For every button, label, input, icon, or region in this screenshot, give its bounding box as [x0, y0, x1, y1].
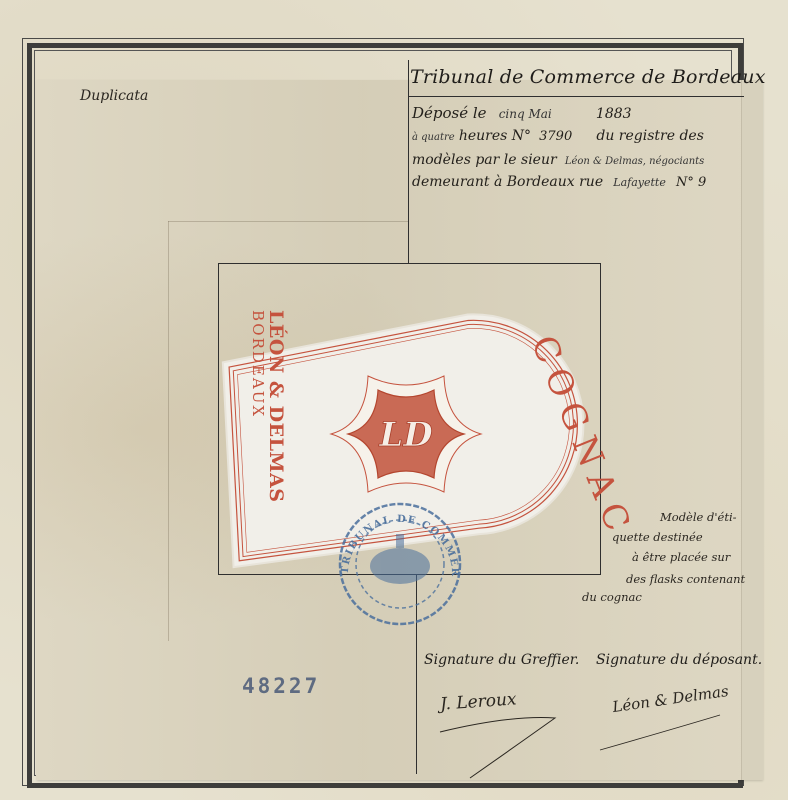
- margin-note-line: du cognac: [582, 590, 642, 604]
- register-number: 3790: [539, 129, 572, 144]
- sheet-edge: [741, 80, 763, 780]
- street-name: Lafayette: [613, 176, 666, 189]
- duplicata-annotation: Duplicata: [80, 88, 148, 104]
- guide-line: [168, 221, 169, 641]
- label-city: BORDEAUX: [249, 310, 267, 418]
- margin-note-line: quette destinée: [612, 530, 703, 544]
- printed-text: demeurant à Bordeaux rue: [412, 174, 603, 190]
- printed-text: modèles par le sieur: [412, 152, 557, 168]
- deposit-line-2: à quatre heures N° 3790 du registre des: [412, 128, 704, 144]
- deposit-line-4: demeurant à Bordeaux rue Lafayette N° 9: [412, 174, 706, 190]
- serial-number-stamp: 48227: [242, 674, 320, 698]
- depositor-name: Léon & Delmas, négociants: [565, 156, 704, 167]
- handwritten-date: cinq Mai: [499, 107, 552, 121]
- deposant-signature-label: Signature du déposant.: [596, 652, 762, 668]
- label-brand: LÉON & DELMAS: [265, 310, 287, 502]
- printed-text: N°: [676, 175, 694, 190]
- printed-text: heures N°: [459, 128, 531, 144]
- margin-note-line: des flasks contenant: [626, 572, 745, 586]
- tribunal-title: Tribunal de Commerce de Bordeaux: [410, 66, 766, 88]
- printed-text: Déposé le: [412, 104, 487, 122]
- svg-text:LD: LD: [378, 415, 433, 455]
- printed-text: du registre des: [596, 128, 704, 144]
- margin-note-line: Modèle d'éti-: [660, 510, 737, 524]
- signature-flourishes: [420, 690, 780, 780]
- deposit-year: 1883: [596, 106, 632, 122]
- handwritten-hour: à quatre: [412, 132, 455, 143]
- margin-note-line: à être placée sur: [632, 550, 730, 564]
- deposit-line-3: modèles par le sieur Léon & Delmas, négo…: [412, 152, 704, 168]
- header-divider-vertical: [408, 60, 409, 263]
- greffier-signature-label: Signature du Greffier.: [424, 652, 579, 668]
- street-number: 9: [698, 175, 706, 190]
- header-underline: [408, 96, 744, 97]
- tribunal-stamp: TRIBUNAL DE COMMERCE DE BORDEAUX: [320, 494, 480, 634]
- deposit-line-1: Déposé le cinq Mai 1883: [412, 104, 632, 122]
- guide-line: [168, 221, 408, 222]
